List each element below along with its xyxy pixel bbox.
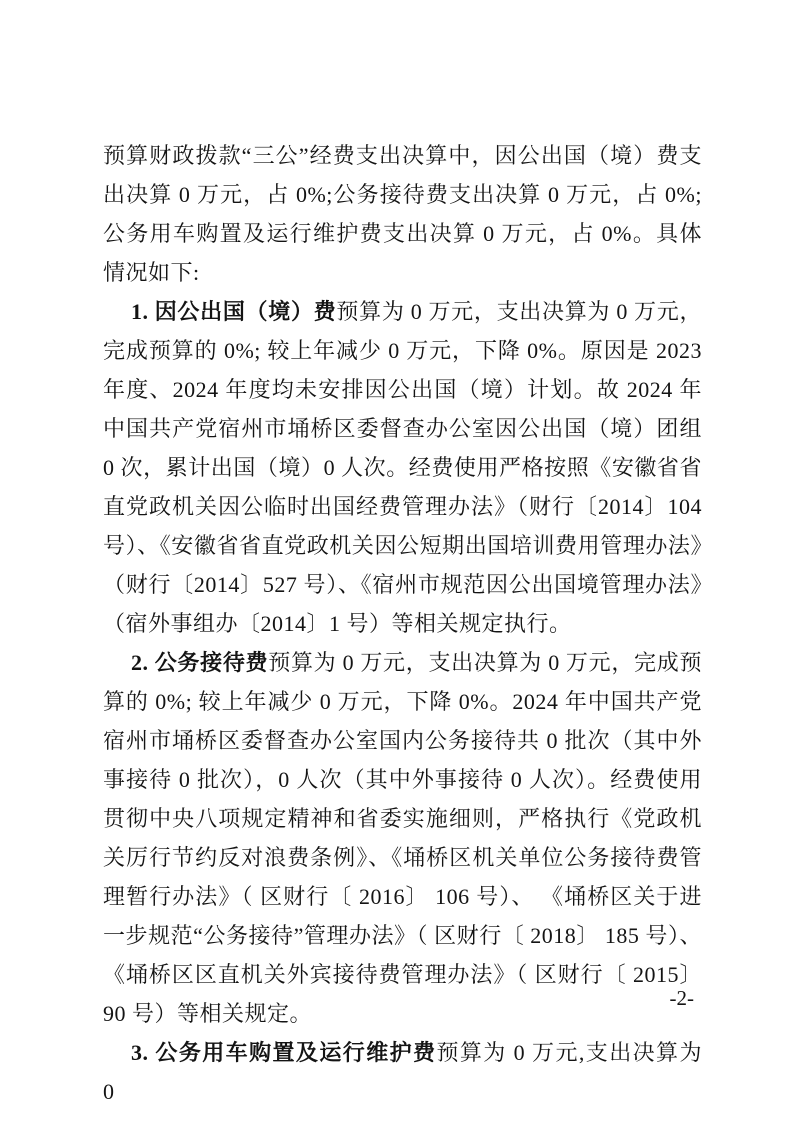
paragraph-sangong-summary: 预算财政拨款“三公”经费支出决算中，因公出国（境）费支出决算 0 万元，占 0%… (103, 136, 702, 292)
section-1-heading: 1. 因公出国（境）费 (131, 299, 336, 324)
paragraph-3-official-vehicles: 3. 公务用车购置及运行维护费预算为 0 万元,支出决算为 0 (103, 1033, 702, 1111)
paragraph-text: 预算为 0 万元，支出决算为 0 万元，完成预算的 0%; 较上年减少 0 万元… (103, 299, 702, 636)
section-3-heading: 3. 公务用车购置及运行维护费 (131, 1040, 436, 1065)
paragraph-2-official-reception: 2. 公务接待费预算为 0 万元，支出决算为 0 万元，完成预算的 0%; 较上… (103, 643, 702, 1033)
page-number: -2- (670, 986, 695, 1010)
section-2-heading: 2. 公务接待费 (131, 650, 268, 675)
document-body: 预算财政拨款“三公”经费支出决算中，因公出国（境）费支出决算 0 万元，占 0%… (103, 136, 702, 1111)
paragraph-1-overseas-travel: 1. 因公出国（境）费预算为 0 万元，支出决算为 0 万元，完成预算的 0%;… (103, 292, 702, 643)
paragraph-text: 预算财政拨款“三公”经费支出决算中，因公出国（境）费支出决算 0 万元，占 0%… (103, 143, 702, 285)
paragraph-text: 预算为 0 万元，支出决算为 0 万元，完成预算的 0%; 较上年减少 0 万元… (103, 650, 702, 1026)
document-page: 预算财政拨款“三公”经费支出决算中，因公出国（境）费支出决算 0 万元，占 0%… (0, 0, 793, 1122)
